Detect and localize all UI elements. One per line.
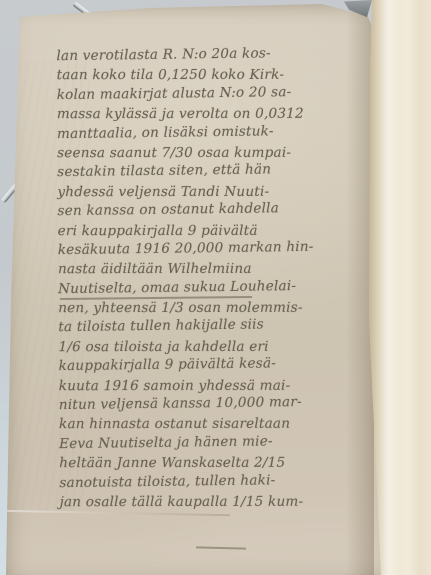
manuscript-line: lan verotilasta R. N:o 20a kos- [56,44,386,68]
manuscript-line: kesäkuuta 1916 20,000 markan hin- [58,238,388,262]
manuscript-line: nitun veljensä kanssa 10,000 mar- [59,393,389,417]
manuscript-line: sestakin tilasta siten, että hän [57,160,387,184]
manuscript-line: jan osalle tällä kaupalla 1/15 kum- [60,494,390,514]
manuscript-line: manttaalia, on lisäksi omistuk- [57,121,387,145]
handwritten-text: lan verotilasta R. N:o 20a kos- taan kok… [56,46,389,514]
manuscript-line: Eeva Nuutiselta ja hänen mie- [59,432,389,456]
manuscript-line: ta tiloista tullen hakijalle siis [58,315,388,339]
manuscript-line: sanotuista tiloista, tullen haki- [59,470,389,494]
manuscript-line: kauppakirjalla 9 päivältä kesä- [58,354,388,378]
manuscript-line: kolan maakirjat alusta N:o 20 sa- [57,83,387,107]
manuscript-line: sen kanssa on ostanut kahdella [57,199,387,223]
photo-of-manuscript: lan verotilasta R. N:o 20a kos- taan kok… [0,0,431,575]
